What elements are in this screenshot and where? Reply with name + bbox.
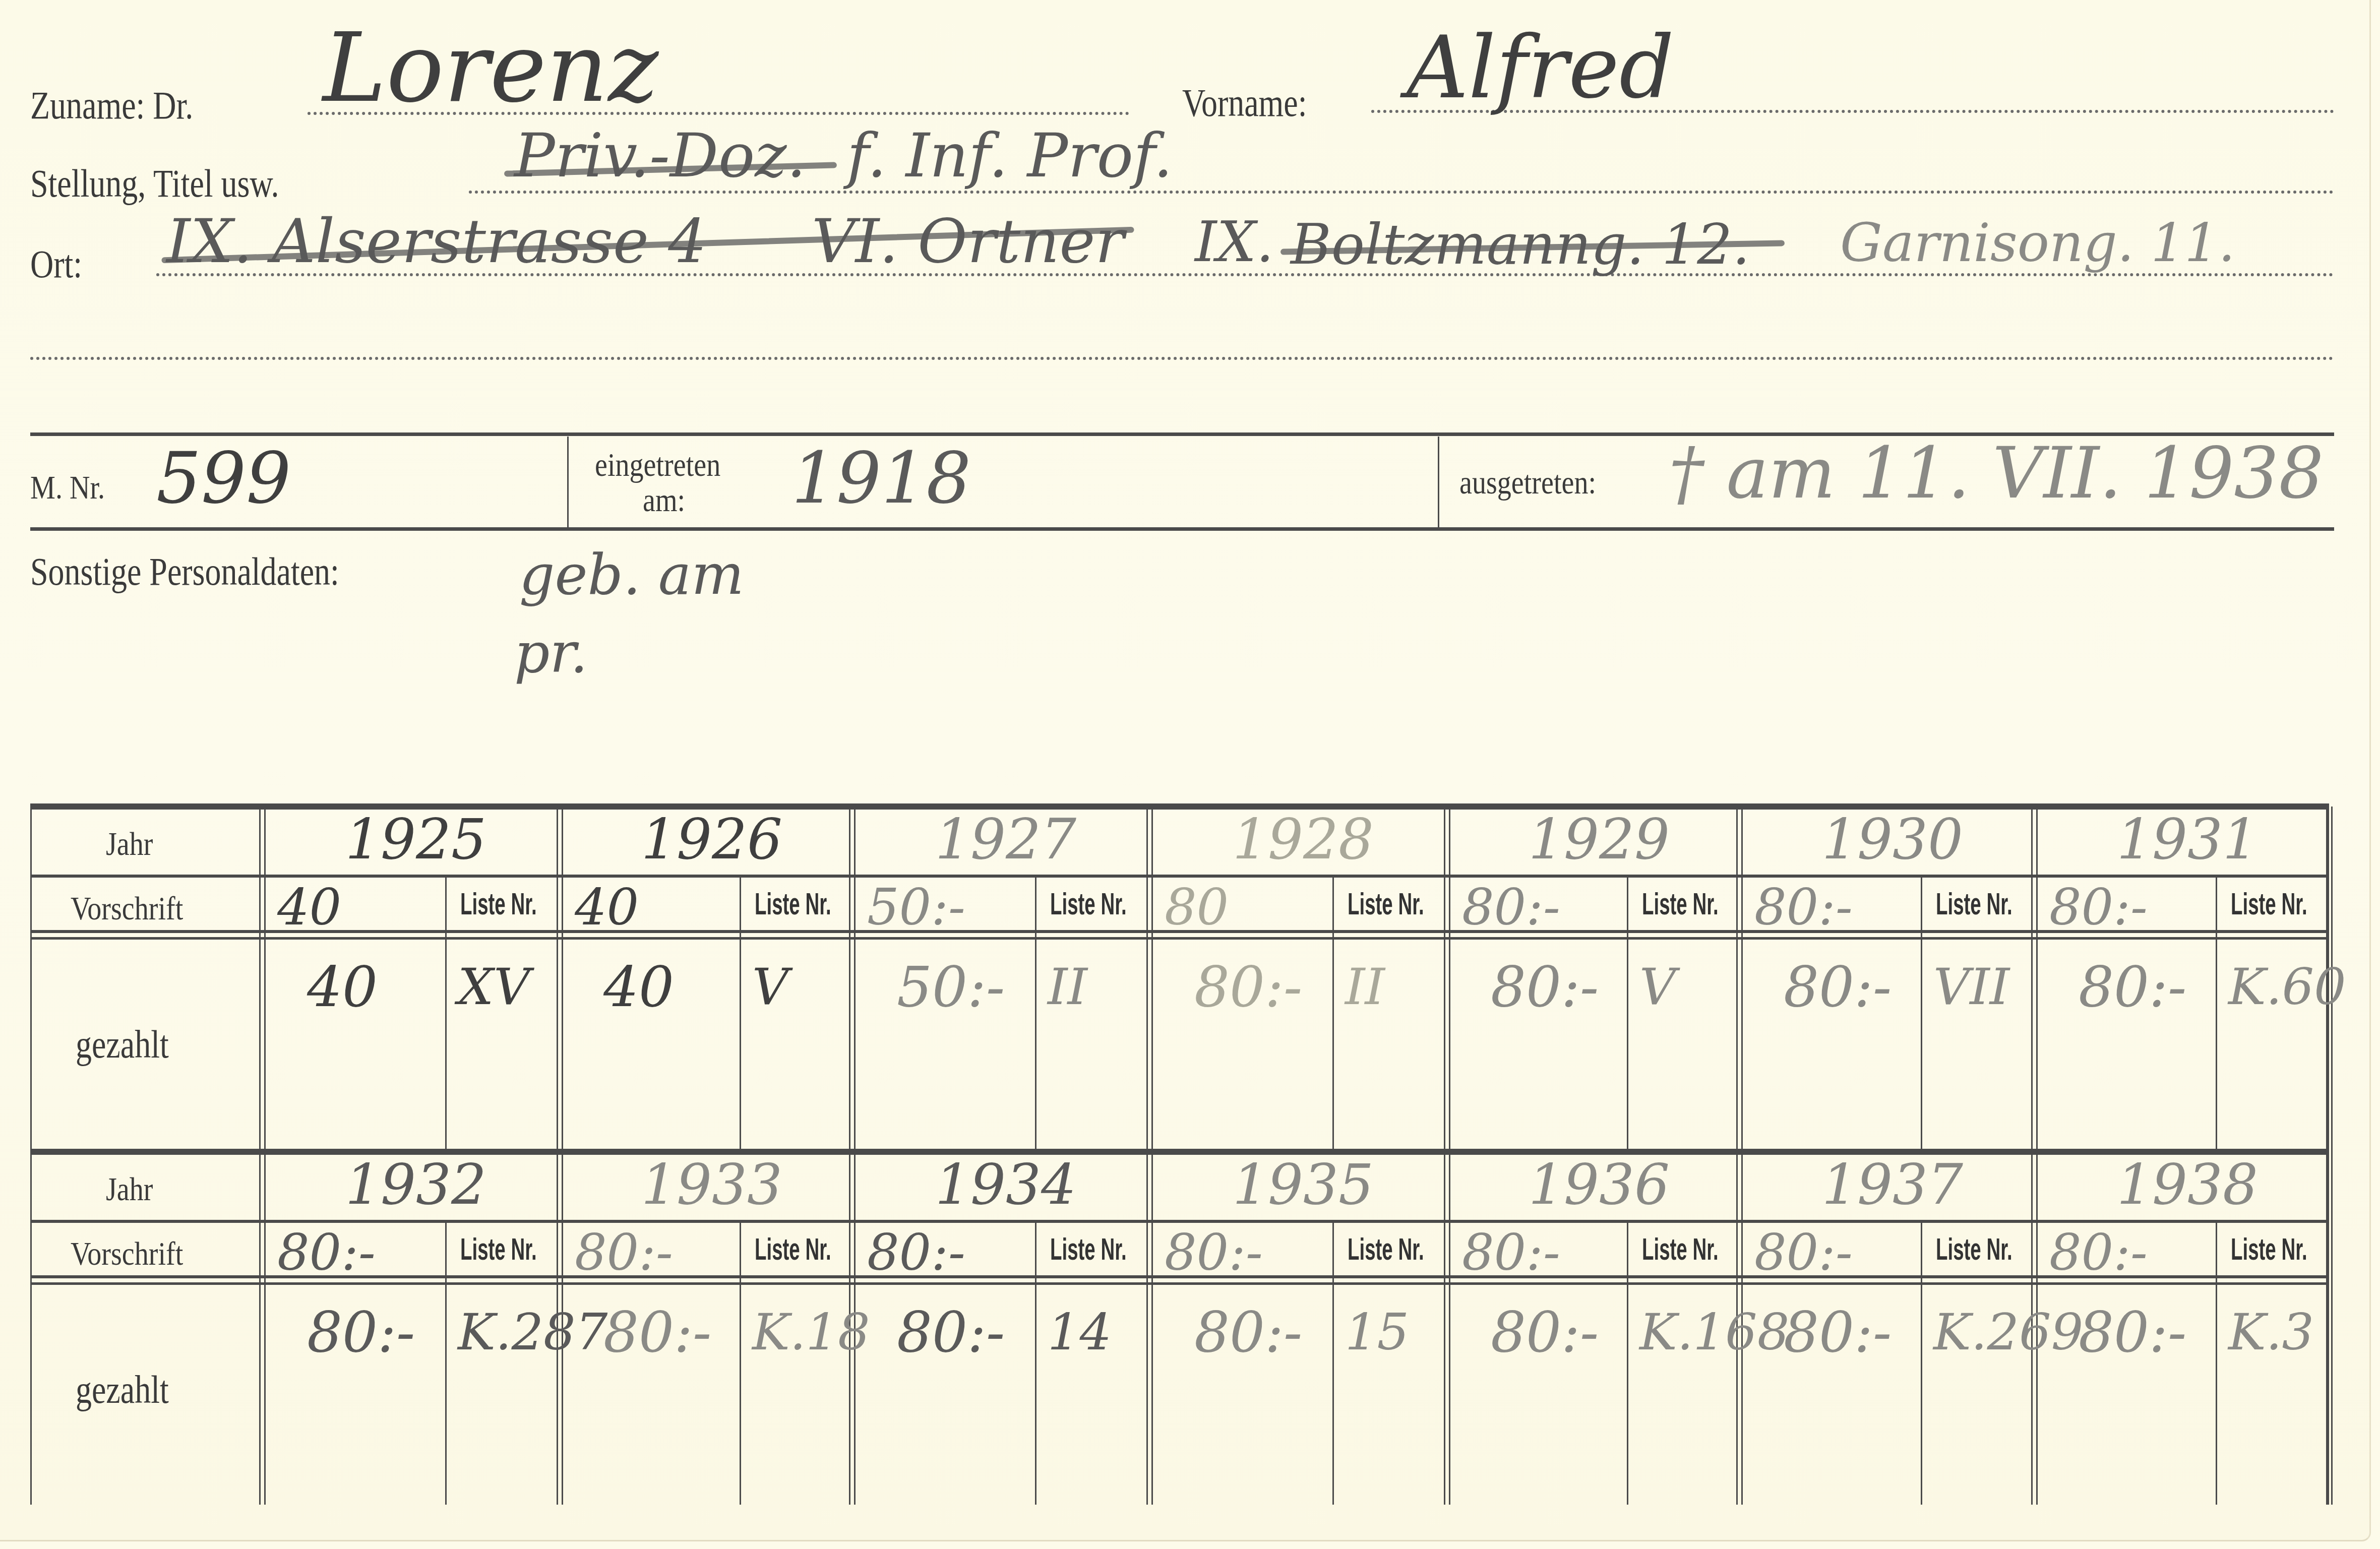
year-value: 1926 (641, 812, 782, 867)
vorschrift-value: 80:- (867, 1227, 965, 1278)
table-left-border (30, 807, 32, 1152)
liste-nr-label: Liste Nr. (460, 889, 537, 920)
liste-value: K.168 (1639, 1307, 1789, 1357)
liste-value: K.60 (2228, 962, 2346, 1012)
ort-entry-1: IX. Alserstrasse 4 (166, 212, 707, 272)
zuname-label: Zuname: Dr. (30, 86, 193, 125)
gezahlt-value: 80:- (2079, 1305, 2186, 1360)
year-value: 1934 (935, 1157, 1076, 1212)
ausgetreten-label: ausgetreten: (1459, 466, 1596, 500)
year-value: 1938 (2117, 1157, 2258, 1212)
vorname-value: Alfred (1407, 25, 1674, 111)
gezahlt-value: 80:- (1491, 959, 1599, 1015)
column-rule-double (854, 807, 856, 1152)
gezahlt-value: 80:- (1491, 1305, 1599, 1360)
gezahlt-value: 80:- (603, 1305, 711, 1360)
gezahlt-value: 80:- (1784, 1305, 1891, 1360)
vorschrift-value: 40 (575, 882, 639, 933)
column-rule (849, 807, 850, 1152)
zuname-value: Lorenz (323, 20, 658, 116)
column-rule (1736, 807, 1738, 1152)
eingetreten-label-am: am: (643, 484, 685, 517)
liste-value: V (1639, 962, 1676, 1012)
vorschrift-value: 40 (277, 882, 341, 933)
liste-value: K.3 (2228, 1307, 2314, 1357)
liste-nr-label: Liste Nr. (1050, 889, 1127, 920)
liste-nr-label: Liste Nr. (2231, 1234, 2307, 1265)
year-value: 1937 (1822, 1157, 1963, 1212)
year-value: 1928 (1233, 812, 1374, 867)
column-rule (259, 807, 261, 1152)
ort-entry-5: Garnisong. 11. (1840, 217, 2235, 270)
liste-value: V (752, 962, 788, 1012)
personal-line-1: geb. am (519, 547, 744, 602)
vorschrift-value: 80:- (1462, 1227, 1560, 1278)
year-value: 1929 (1529, 812, 1670, 867)
mnr-label: M. Nr. (30, 471, 105, 505)
gezahlt-value: 80:- (1784, 959, 1891, 1015)
gezahlt-value: 40 (307, 959, 378, 1015)
vorschrift-value: 80:- (1754, 1227, 1853, 1278)
column-rule-double (2331, 1152, 2333, 1505)
stellung-value: f. Inf. Prof. (847, 126, 1173, 187)
column-rule-double (1151, 1152, 1153, 1505)
liste-nr-label: Liste Nr. (460, 1234, 537, 1265)
liste-value: K.287 (458, 1307, 607, 1357)
liste-value: XV (458, 962, 530, 1012)
mnr-value: 599 (156, 444, 291, 514)
vorschrift-value: 80:- (1754, 882, 1853, 933)
stellung-value-struck: Priv.-Doz. (514, 126, 806, 187)
ort-entry-3: IX. (1195, 214, 1274, 270)
liste-split-rule (740, 1223, 741, 1505)
table-left-border (30, 1152, 32, 1505)
column-rule (259, 1152, 261, 1505)
blank-line (30, 357, 2334, 360)
gezahlt-value: 80:- (1194, 959, 1302, 1015)
liste-split-rule (1627, 878, 1628, 1152)
column-rule (2326, 1152, 2328, 1505)
liste-nr-label: Liste Nr. (1642, 1234, 1719, 1265)
column-rule-double (1741, 807, 1743, 1152)
liste-split-rule (1035, 878, 1036, 1152)
liste-split-rule (445, 1223, 447, 1505)
gezahlt-value: 80:- (897, 1305, 1005, 1360)
liste-split-rule (1332, 1223, 1334, 1505)
column-rule (1444, 807, 1445, 1152)
vorschrift-value: 80:- (1462, 882, 1560, 933)
column-rule (1444, 1152, 1445, 1505)
vorschrift-value: 50:- (867, 882, 965, 933)
liste-split-rule (1921, 1223, 1922, 1505)
personal-label: Sonstige Personaldaten: (30, 552, 339, 591)
column-rule-double (2036, 807, 2038, 1152)
liste-split-rule (2216, 1223, 2217, 1505)
membership-bottom-rule (30, 527, 2334, 531)
ort-label: Ort: (30, 244, 82, 284)
year-value: 1925 (345, 812, 486, 867)
table-right-border (2328, 1152, 2329, 1505)
year-value: 1932 (345, 1157, 486, 1212)
year-value: 1931 (2117, 812, 2258, 867)
liste-nr-label: Liste Nr. (2231, 889, 2307, 920)
membership-divider-1 (567, 437, 569, 527)
column-rule (2031, 807, 2033, 1152)
gezahlt-label: gezahlt (76, 1025, 169, 1064)
jahr-label: Jahr (106, 1173, 153, 1206)
jahr-label: Jahr (106, 828, 153, 861)
membership-card: Zuname: Dr. Lorenz Vorname: Alfred Stell… (0, 0, 2380, 1549)
liste-value: 15 (1345, 1307, 1409, 1357)
liste-value: K.18 (752, 1307, 870, 1357)
liste-split-rule (445, 878, 447, 1152)
vorschrift-value: 80:- (1165, 1227, 1263, 1278)
liste-value: II (1345, 962, 1385, 1012)
liste-nr-label: Liste Nr. (1348, 1234, 1424, 1265)
gezahlt-value: 80:- (1194, 1305, 1302, 1360)
column-rule-double (264, 807, 266, 1152)
membership-divider-2 (1438, 437, 1439, 527)
gezahlt-value: 80:- (2079, 959, 2186, 1015)
gezahlt-value: 50:- (897, 959, 1005, 1015)
gezahlt-label: gezahlt (76, 1370, 169, 1409)
column-rule-double (562, 807, 563, 1152)
liste-split-rule (1627, 1223, 1628, 1505)
year-value: 1927 (935, 812, 1076, 867)
vorschrift-value: 80:- (575, 1227, 673, 1278)
gezahlt-value: 80:- (307, 1305, 415, 1360)
vorschrift-label: Vorschrift (71, 892, 183, 925)
liste-nr-label: Liste Nr. (1642, 889, 1719, 920)
vorschrift-label: Vorschrift (71, 1237, 183, 1271)
liste-split-rule (2216, 878, 2217, 1152)
vorschrift-value: 80 (1165, 882, 1229, 933)
vorschrift-value: 80:- (2049, 882, 2148, 933)
stellung-label: Stellung, Titel usw. (30, 164, 279, 203)
liste-split-rule (1921, 878, 1922, 1152)
eingetreten-value: 1918 (791, 444, 971, 514)
column-rule-double (1151, 807, 1153, 1152)
year-value: 1935 (1233, 1157, 1374, 1212)
liste-nr-label: Liste Nr. (1936, 889, 2012, 920)
vorschrift-row-rule-double (30, 1282, 2329, 1285)
liste-split-rule (1035, 1223, 1036, 1505)
liste-split-rule (1332, 878, 1334, 1152)
vorschrift-value: 80:- (2049, 1227, 2148, 1278)
column-rule (1146, 807, 1148, 1152)
year-value: 1933 (641, 1157, 782, 1212)
year-value: 1930 (1822, 812, 1963, 867)
column-rule-double (1449, 1152, 1450, 1505)
column-rule (1146, 1152, 1148, 1505)
column-rule-double (1449, 807, 1450, 1152)
personal-line-2: pr. (514, 625, 588, 680)
column-rule-double (264, 1152, 266, 1505)
vorname-label: Vorname: (1182, 83, 1307, 122)
liste-nr-label: Liste Nr. (755, 889, 831, 920)
liste-nr-label: Liste Nr. (1936, 1234, 2012, 1265)
liste-nr-label: Liste Nr. (1050, 1234, 1127, 1265)
liste-nr-label: Liste Nr. (1348, 889, 1424, 920)
liste-value: VII (1933, 962, 2009, 1012)
year-value: 1936 (1529, 1157, 1670, 1212)
liste-value: 14 (1048, 1307, 1112, 1357)
liste-split-rule (740, 878, 741, 1152)
ort-entry-2: VI. Ortner (812, 212, 1124, 272)
column-rule (557, 807, 558, 1152)
gezahlt-value: 40 (603, 959, 674, 1015)
eingetreten-label: eingetreten (595, 449, 720, 482)
liste-nr-label: Liste Nr. (755, 1234, 831, 1265)
liste-value: K.269 (1933, 1307, 2083, 1357)
vorschrift-value: 80:- (277, 1227, 376, 1278)
vorschrift-row-rule-double (30, 937, 2329, 940)
ausgetreten-value: † am 11. VII. 1938 (1669, 439, 2324, 509)
liste-value: II (1048, 962, 1087, 1012)
